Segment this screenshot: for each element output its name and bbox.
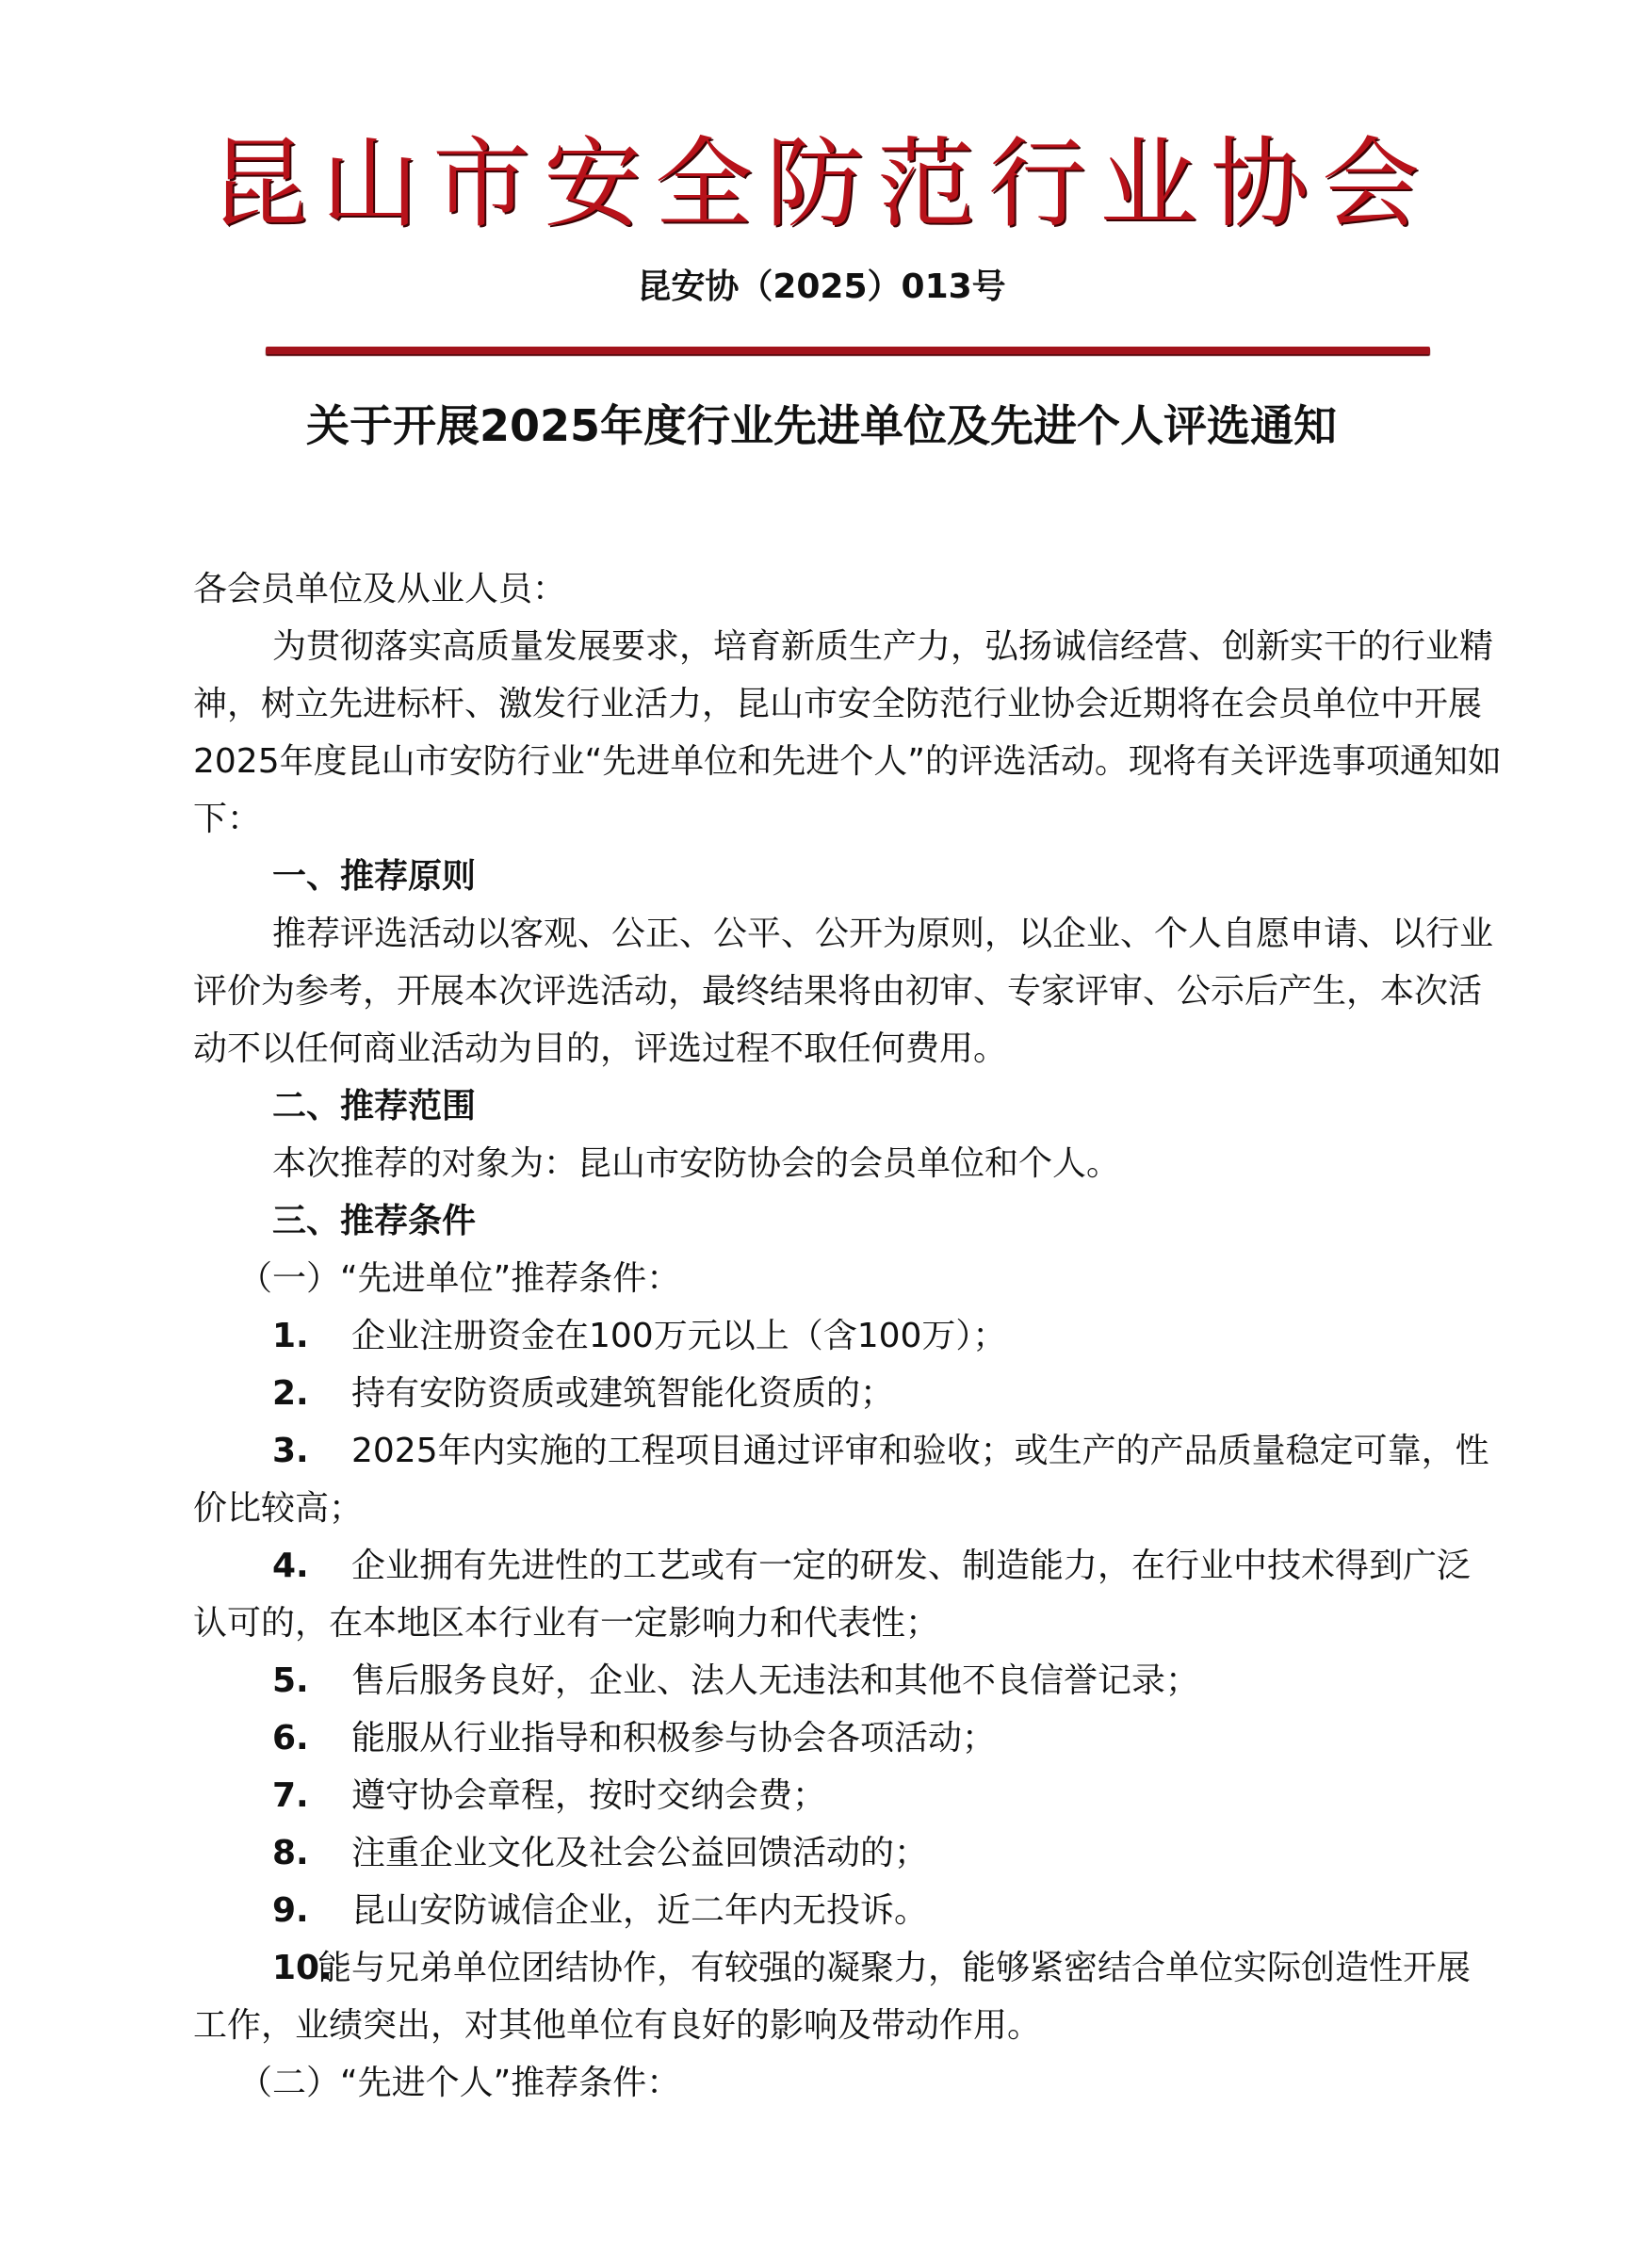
item-number: 4. bbox=[272, 1537, 351, 1595]
item-number: 2. bbox=[272, 1365, 351, 1422]
intro-paragraph: 为贯彻落实高质量发展要求，培育新质生产力，弘扬诚信经营、创新实干的行业精神，树立… bbox=[193, 618, 1503, 848]
unit-condition-item: 10.能与兄弟单位团结协作，有较强的凝聚力，能够紧密结合单位实际创造性开展工作，… bbox=[193, 1939, 1503, 2054]
red-divider-rule bbox=[266, 347, 1430, 354]
item-text: 2025年内实施的工程项目通过评审和验收；或生产的产品质量稳定可靠，性价比较高； bbox=[193, 1432, 1489, 1528]
item-text: 企业注册资金在100万元以上（含100万）； bbox=[351, 1317, 1006, 1355]
notice-body: 各会员单位及从业人员： 为贯彻落实高质量发展要求，培育新质生产力，弘扬诚信经营、… bbox=[193, 560, 1503, 2112]
item-text: 售后服务良好，企业、法人无违法和其他不良信誉记录； bbox=[351, 1661, 1199, 1700]
unit-condition-item: 8.注重企业文化及社会公益回馈活动的； bbox=[193, 1824, 1503, 1882]
unit-condition-item: 9.昆山安防诚信企业，近二年内无投诉。 bbox=[193, 1882, 1503, 1939]
scope-text: 本次推荐的对象为：昆山市安防协会的会员单位和个人。 bbox=[193, 1135, 1503, 1192]
advanced-unit-heading: （一）“先进单位”推荐条件： bbox=[193, 1250, 1503, 1307]
item-text: 注重企业文化及社会公益回馈活动的； bbox=[351, 1834, 928, 1872]
unit-condition-item: 3.2025年内实施的工程项目通过评审和验收；或生产的产品质量稳定可靠，性价比较… bbox=[193, 1422, 1503, 1537]
unit-condition-item: 6.能服从行业指导和积极参与协会各项活动； bbox=[193, 1709, 1503, 1767]
organization-header: 昆山市安全防范行业协会 bbox=[0, 118, 1643, 250]
item-number: 6. bbox=[272, 1709, 351, 1767]
item-text: 能与兄弟单位团结协作，有较强的凝聚力，能够紧密结合单位实际创造性开展工作，业绩突… bbox=[193, 1949, 1471, 2045]
unit-condition-item: 1.企业注册资金在100万元以上（含100万）； bbox=[193, 1307, 1503, 1365]
item-text: 企业拥有先进性的工艺或有一定的研发、制造能力，在行业中技术得到广泛认可的，在本地… bbox=[193, 1547, 1471, 1643]
principles-text: 推荐评选活动以客观、公正、公平、公开为原则，以企业、个人自愿申请、以行业评价为参… bbox=[193, 905, 1503, 1077]
item-number: 1. bbox=[272, 1307, 351, 1365]
unit-condition-item: 5.售后服务良好，企业、法人无违法和其他不良信誉记录； bbox=[193, 1652, 1503, 1709]
salutation: 各会员单位及从业人员： bbox=[193, 560, 1503, 618]
document-number: 昆安协（2025）013号 bbox=[0, 264, 1643, 311]
item-number: 9. bbox=[272, 1882, 351, 1939]
unit-condition-item: 4.企业拥有先进性的工艺或有一定的研发、制造能力，在行业中技术得到广泛认可的，在… bbox=[193, 1537, 1503, 1652]
item-number: 3. bbox=[272, 1422, 351, 1480]
unit-condition-item: 7.遵守协会章程，按时交纳会费； bbox=[193, 1767, 1503, 1824]
item-text: 持有安防资质或建筑智能化资质的； bbox=[351, 1374, 894, 1413]
item-number: 5. bbox=[272, 1652, 351, 1709]
section-heading-conditions: 三、推荐条件 bbox=[193, 1192, 1503, 1250]
unit-condition-item: 2.持有安防资质或建筑智能化资质的； bbox=[193, 1365, 1503, 1422]
item-text: 遵守协会章程，按时交纳会费； bbox=[351, 1776, 826, 1815]
item-text: 能服从行业指导和积极参与协会各项活动； bbox=[351, 1719, 996, 1758]
item-number: 7. bbox=[272, 1767, 351, 1824]
section-heading-principles: 一、推荐原则 bbox=[193, 848, 1503, 905]
advanced-individual-heading: （二）“先进个人”推荐条件： bbox=[193, 2054, 1503, 2112]
section-heading-scope: 二、推荐范围 bbox=[193, 1077, 1503, 1135]
notice-title: 关于开展2025年度行业先进单位及先进个人评选通知 bbox=[0, 396, 1643, 456]
item-text: 昆山安防诚信企业，近二年内无投诉。 bbox=[351, 1891, 928, 1930]
item-number: 8. bbox=[272, 1824, 351, 1882]
item-number: 10. bbox=[272, 1939, 317, 1997]
